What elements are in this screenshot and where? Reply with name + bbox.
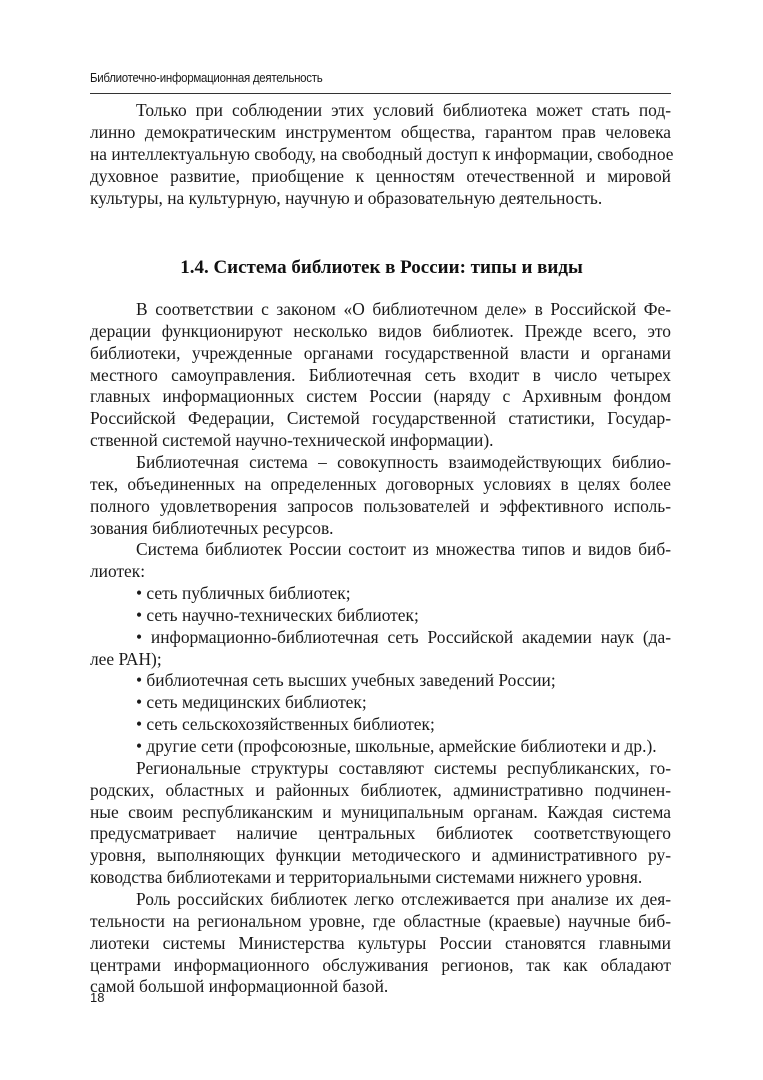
text-line: лее РАН); [90, 648, 671, 670]
text-line: зования библиотечных ресурсов. [90, 517, 671, 539]
text-line: лиотек: [90, 560, 671, 582]
text-line: полного удовлетворения запросов пользова… [90, 495, 671, 517]
text-line: центрами информационного обслуживания ре… [90, 954, 671, 976]
text-line: Система библиотек России состоит из множ… [136, 538, 671, 560]
text-line: местного самоуправления. Библиотечная се… [90, 364, 671, 386]
text-line: уровня, выполняющих функции методическог… [90, 844, 671, 866]
text-line: культуры, на культурную, научную и образ… [90, 187, 671, 209]
text-line: дерации функционируют несколько видов би… [90, 320, 671, 342]
text-line: родских, областных и районных библиотек,… [90, 779, 671, 801]
text-line: ные своим республиканским и муниципальны… [90, 801, 671, 823]
list-item: • сеть медицинских библиотек; [136, 691, 671, 713]
running-header: Библиотечно-информационная деятельность [90, 71, 322, 85]
text-line: тек, объединенных на определенных догово… [90, 473, 671, 495]
list-item: • другие сети (профсоюзные, школьные, ар… [136, 735, 671, 757]
text-line: Библиотечная система – совокупность взаи… [136, 451, 671, 473]
text-line: Региональные структуры составляют систем… [136, 757, 671, 779]
text-line: лиотеки системы Министерства культуры Ро… [90, 932, 671, 954]
text-line: Российской Федерации, Системой государст… [90, 407, 671, 429]
text-line: самой большой информационной базой. [90, 975, 671, 997]
text-line: Только при соблюдении этих условий библи… [136, 99, 671, 121]
text-line: тельности на региональном уровне, где об… [90, 910, 671, 932]
text-line: ственной системой научно-технической инф… [90, 429, 671, 451]
text-line: главных информационных систем России (на… [90, 385, 671, 407]
text-line: духовное развитие, приобщение к ценностя… [90, 165, 671, 187]
list-item: • сеть сельскохозяйственных библиотек; [136, 713, 671, 735]
text-line: ководства библиотеками и территориальным… [90, 866, 671, 888]
text-line: библиотеки, учрежденные органами государ… [90, 342, 671, 364]
text-line: предусматривает наличие центральных библ… [90, 822, 671, 844]
list-item: • сеть научно-технических библиотек; [136, 604, 671, 626]
list-item: • библиотечная сеть высших учебных завед… [136, 669, 671, 691]
text-line: В соответствии с законом «О библиотечном… [136, 298, 671, 320]
text-line: линно демократическим инструментом общес… [90, 121, 671, 143]
text-line: на интеллектуальную свободу, на свободны… [90, 143, 671, 165]
list-item: • сеть публичных библиотек; [136, 582, 671, 604]
header-divider [90, 93, 671, 94]
list-item: • информационно-библиотечная сеть Россий… [136, 626, 671, 648]
page-number: 18 [90, 990, 104, 1005]
text-line: Роль российских библиотек легко отслежив… [136, 888, 671, 910]
section-heading: 1.4. Система библиотек в России: типы и … [0, 257, 763, 279]
